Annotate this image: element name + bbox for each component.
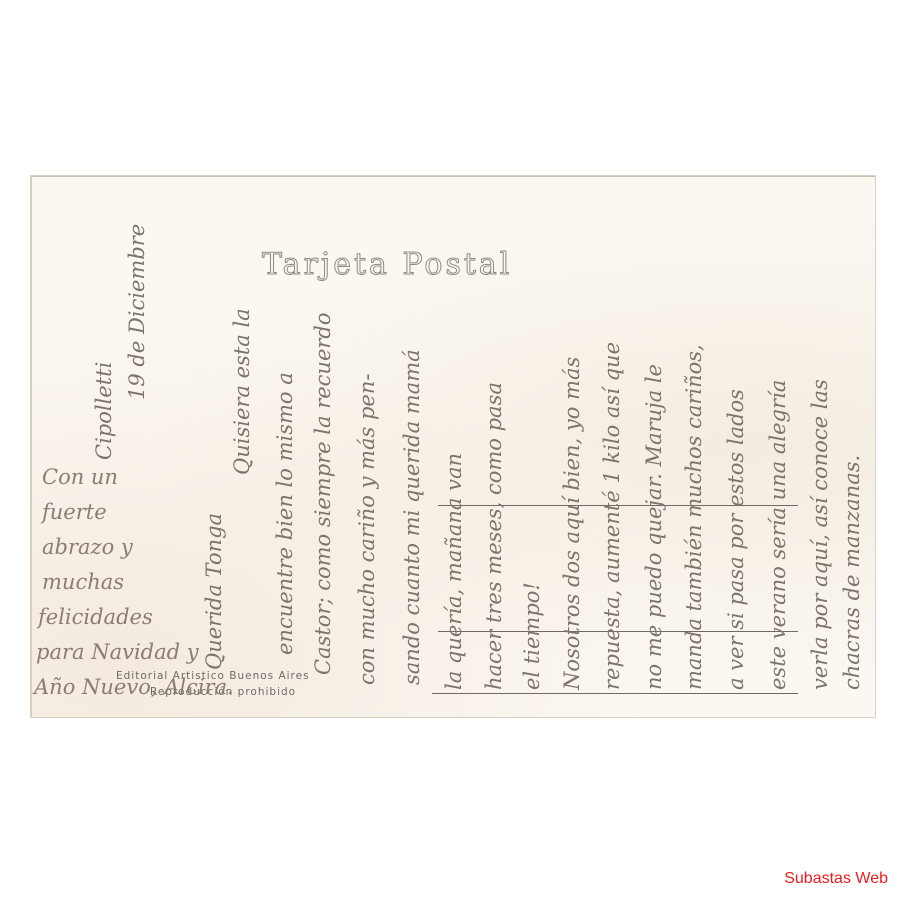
handwritten-closing: abrazo y <box>42 535 133 559</box>
handwritten-closing: para Navidad y <box>36 640 199 664</box>
postcard-title: Tarjeta Postal <box>262 247 512 282</box>
handwritten-line: manda también muchos cariños, <box>682 344 706 690</box>
handwritten-line: repuesta, aumenté 1 kilo así que <box>600 342 624 690</box>
handwritten-line: encuentre bien lo mismo a <box>273 372 297 655</box>
site-watermark: Subastas Web <box>784 870 888 888</box>
handwritten-closing: Con un <box>42 465 118 489</box>
handwritten-line: con mucho cariño y más pen- <box>355 374 379 685</box>
address-line-3 <box>432 693 798 694</box>
handwritten-date: 19 de Diciembre <box>125 224 149 400</box>
handwritten-line: no me puedo quejar. Maruja le <box>642 364 666 690</box>
handwritten-closing: fuerte <box>42 500 107 524</box>
handwritten-line: sando cuanto mi querida mamá <box>400 349 424 685</box>
handwritten-line: este verano sería una alegría <box>766 380 790 690</box>
postcard-back: Tarjeta Postal Editorial Artistico Bueno… <box>30 175 876 718</box>
handwritten-line: chacras de manzanas. <box>840 455 864 690</box>
handwritten-closing: felicidades <box>38 605 153 629</box>
handwritten-place: Cipolletti <box>92 362 116 460</box>
handwritten-signature: Año Nuevo, Alcira. <box>34 675 234 699</box>
handwritten-line: verla por aquí, así conoce las <box>808 379 832 690</box>
handwritten-line: la quería, mañana van <box>442 453 466 690</box>
handwritten-greeting: Querida Tonga <box>202 513 226 670</box>
handwritten-line: hacer tres meses, como pasa <box>482 382 506 690</box>
handwritten-line: a ver si pasa por estos lados <box>724 389 748 690</box>
handwritten-line: Castor; como siempre la recuerdo <box>311 312 335 675</box>
handwritten-line: Nosotros dos aquí bien, yo más <box>560 357 584 690</box>
handwritten-line: Quisiera esta la <box>230 308 254 475</box>
handwritten-line: el tiempo! <box>520 582 544 690</box>
handwritten-closing: muchas <box>42 570 124 594</box>
